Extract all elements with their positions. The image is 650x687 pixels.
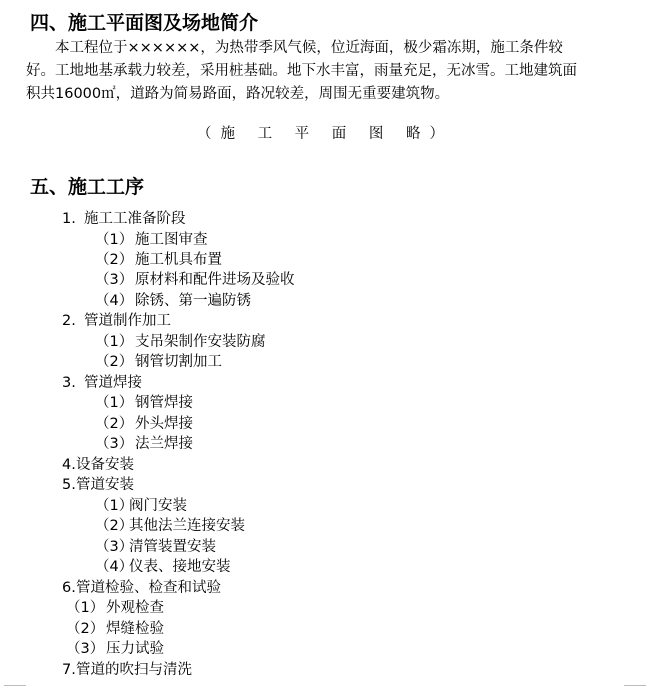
paragraph-line: 积共16000㎡，道路为简易路面，路况较差，周围无重要建筑物。 [26,83,626,106]
list-number: 7. [62,662,76,678]
sub-number: （1） [95,494,129,515]
sub-label: 原材料和配件进场及验收 [135,272,295,288]
page-corner-mark [624,685,646,686]
list-label: 管道安装 [76,477,134,493]
section-4-paragraph: 本工程位于××××××，为热带季风气候，位近海面，极少霜冻期，施工条件较 好。工… [26,37,626,106]
sub-list-item: （3）法兰焊接 [95,432,193,453]
sub-number: （2） [95,350,135,371]
sub-label: 外头焊接 [135,416,193,432]
sub-list-item: （3）清管装置安装 [95,535,216,556]
figure-note: （施 工 平 面 图 略） [0,122,650,143]
sub-label: 焊缝检验 [106,621,164,637]
sub-list-item: （1）施工图审查 [95,228,208,249]
sub-label: 除锈、第一遍防锈 [135,293,251,309]
paragraph-line: 本工程位于××××××，为热带季风气候，位近海面，极少霜冻期，施工条件较 [26,37,626,60]
sub-number: （1） [95,228,135,249]
list-label: 管道的吹扫与清洗 [76,662,192,678]
sub-label: 支吊架制作安装防腐 [135,334,266,350]
list-label: 设备安装 [76,457,134,473]
list-label: 施工工准备阶段 [84,211,186,227]
sub-list-item: （1）支吊架制作安装防腐 [95,330,266,351]
list-item: 2.管道制作加工 [62,309,171,330]
sub-number: （2） [66,617,106,638]
sub-number: （3） [95,535,129,556]
sub-label: 外观检查 [106,600,164,616]
sub-label: 法兰焊接 [135,436,193,452]
sub-label: 钢管焊接 [135,395,193,411]
sub-list-item: （1）阀门安装 [95,494,187,515]
section-4-heading: 四、施工平面图及场地简介 [30,8,258,35]
sub-label: 施工图审查 [135,232,208,248]
sub-list-item: （2）外头焊接 [95,412,193,433]
sub-list-item: （1）钢管焊接 [95,391,193,412]
sub-number: （3） [95,268,135,289]
list-number: 6. [62,580,76,596]
sub-number: （3） [95,432,135,453]
sub-list-item: （2）钢管切割加工 [95,350,222,371]
list-item: 3.管道焊接 [62,371,142,392]
sub-label: 清管装置安装 [129,539,216,555]
sub-list-item: （1）外观检查 [66,596,164,617]
sub-list-item: （4）仪表、接地安装 [95,555,231,576]
list-number: 4. [62,457,76,473]
list-number: 2. [62,313,84,329]
list-label: 管道焊接 [84,375,142,391]
paragraph-line: 好。工地地基承载力较差，采用桩基础。地下水丰富，雨量充足，无冰雪。工地建筑面 [26,60,626,83]
list-label: 管道制作加工 [84,313,171,329]
sub-label: 施工机具布置 [135,252,222,268]
sub-list-item: （3）压力试验 [66,637,164,658]
sub-number: （4） [95,289,135,310]
sub-list-item: （3）原材料和配件进场及验收 [95,268,295,289]
sub-number: （1） [66,596,106,617]
list-item: 1.施工工准备阶段 [62,207,186,228]
sub-label: 其他法兰连接安装 [129,518,245,534]
list-item: 5.管道安装 [62,473,134,494]
sub-list-item: （2）焊缝检验 [66,617,164,638]
sub-number: （3） [66,637,106,658]
sub-label: 仪表、接地安装 [129,559,231,575]
sub-number: （1） [95,330,135,351]
section-5-heading: 五、施工工序 [30,172,144,199]
sub-number: （1） [95,391,135,412]
list-number: 3. [62,375,84,391]
sub-label: 钢管切割加工 [135,354,222,370]
sub-label: 压力试验 [106,641,164,657]
list-number: 1. [62,211,84,227]
list-item: 6.管道检验、检查和试验 [62,576,221,597]
sub-number: （4） [95,555,129,576]
list-label: 管道检验、检查和试验 [76,580,221,596]
list-item: 4.设备安装 [62,453,134,474]
list-item: 7.管道的吹扫与清洗 [62,658,192,679]
sub-label: 阀门安装 [129,498,187,514]
list-number: 5. [62,477,76,493]
sub-number: （2） [95,248,135,269]
sub-number: （2） [95,412,135,433]
sub-number: （2） [95,514,129,535]
page-corner-mark [4,685,26,686]
sub-list-item: （4）除锈、第一遍防锈 [95,289,251,310]
sub-list-item: （2）施工机具布置 [95,248,222,269]
sub-list-item: （2）其他法兰连接安装 [95,514,245,535]
